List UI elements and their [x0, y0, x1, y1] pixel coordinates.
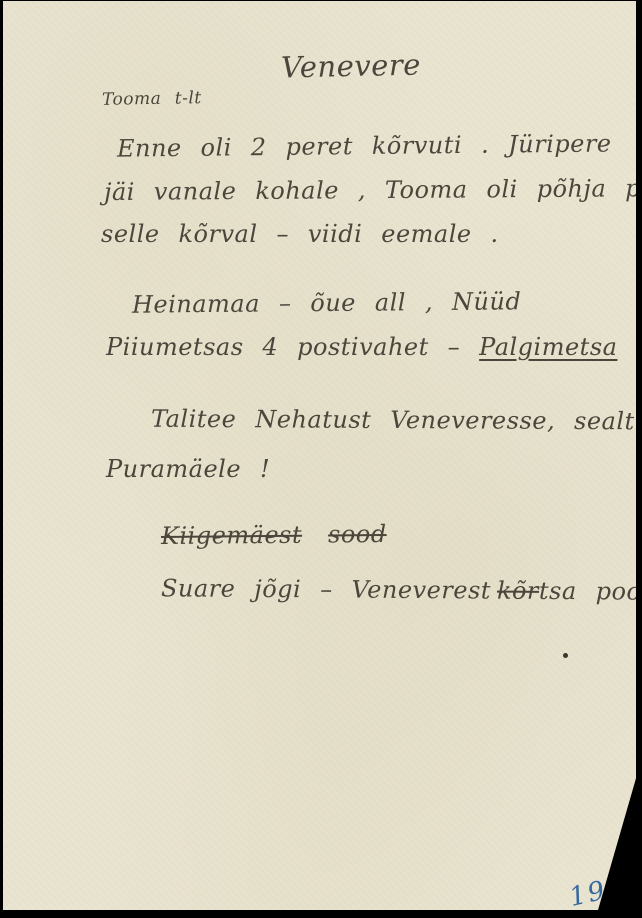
river-line-pre: Suare jõgi – Veneverest: [161, 574, 491, 604]
manuscript-paper: Venevere Tooma t-lt Enne oli 2 peret kõr…: [3, 1, 636, 910]
page-title: Venevere: [281, 48, 422, 85]
paragraph1-line3: selle kõrval – viidi eemale .: [101, 220, 499, 248]
source-note: Tooma t-lt: [102, 88, 202, 110]
river-line-post: tsa poole: [539, 577, 642, 606]
paragraph1-line2: jäi vanale kohale , Tooma oli põhja pool: [104, 174, 642, 206]
paragraph2-line1: Heinamaa – õue all , Nüüd: [132, 287, 522, 318]
scanned-page-photo: Venevere Tooma t-lt Enne oli 2 peret kõr…: [0, 0, 642, 918]
ink-blot: [563, 653, 568, 658]
paragraph2-line2: Piiumetsas 4 postivahet – Palgimetsa .: [106, 333, 642, 361]
crossed-out-word1: Kiigemäest: [161, 521, 302, 550]
river-line-struck-word: kõr: [497, 577, 539, 605]
paragraph3-line1: Talitee Nehatust Veneveresse, sealt: [151, 405, 635, 436]
paragraph2-line2-pre: Piiumetsas 4 postivahet –: [106, 333, 479, 361]
paragraph1-line1: Enne oli 2 peret kõrvuti . Jüripere: [117, 129, 612, 162]
crossed-out-word2: sood: [328, 520, 387, 549]
paragraph2-line2-post: .: [617, 333, 642, 361]
underlined-place-name: Palgimetsa: [479, 333, 617, 361]
crossed-out-line: Kiigemäestsood: [161, 520, 387, 550]
year-annotation: 1954: [567, 867, 642, 913]
paragraph3-line2: Puramäele !: [106, 455, 270, 483]
river-line: Suare jõgi – Veneverestkõrtsa poole: [161, 574, 642, 606]
